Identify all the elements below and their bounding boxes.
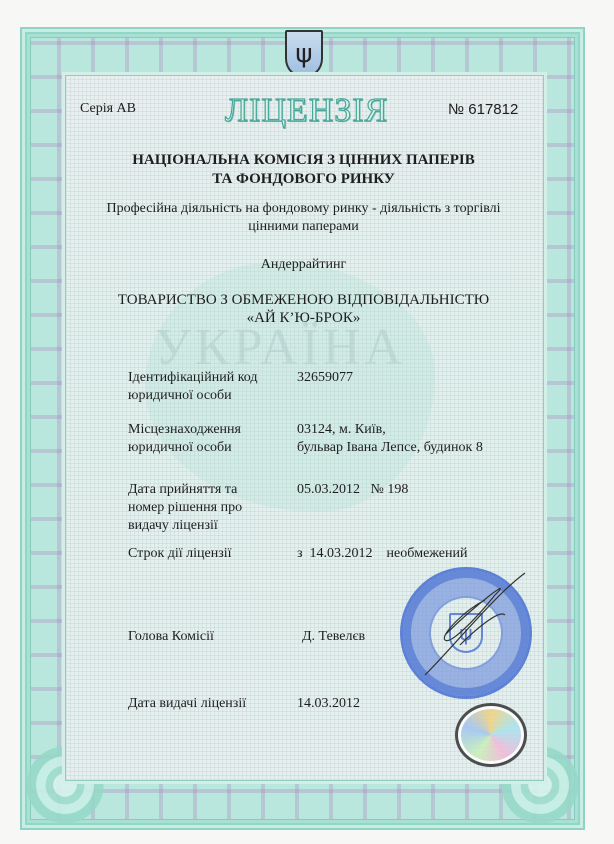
company-name: ТОВАРИСТВО З ОБМЕЖЕНОЮ ВІДПОВІДАЛЬНІСТЮ … (65, 291, 542, 327)
issuer-line-1: НАЦІОНАЛЬНА КОМІСІЯ З ЦІННИХ ПАПЕРІВ (65, 151, 542, 170)
field-value-validity: з 14.03.2012 необмежений (297, 545, 467, 563)
field-value-address-1: 03124, м. Київ, (297, 421, 386, 439)
issuer-name: НАЦІОНАЛЬНА КОМІСІЯ З ЦІННИХ ПАПЕРІВ ТА … (65, 151, 542, 189)
series-label: Серія АВ (80, 101, 136, 117)
field-label-issue-date: Дата видачі ліцензії (128, 695, 308, 713)
license-number: № 617812 (448, 101, 518, 118)
activity-type: Андеррайтинг (65, 257, 542, 273)
field-label-decision: Дата прийняття та номер рішення про вида… (128, 481, 258, 535)
field-value-id-code: 32659077 (297, 369, 353, 387)
field-value-address-2: бульвар Івана Лепсе, будинок 8 (297, 439, 483, 457)
field-label-chairman: Голова Комісії (128, 628, 308, 646)
issuer-line-2: ТА ФОНДОВОГО РИНКУ (65, 170, 542, 189)
field-label-validity: Строк дії ліцензії (128, 545, 308, 563)
field-value-decision: 05.03.2012 № 198 (297, 481, 408, 499)
activity-line-1: Професійна діяльність на фондовому ринку… (65, 200, 542, 218)
activity-line-2: цінними паперами (65, 218, 542, 236)
field-value-chairman: Д. Тевелєв (302, 628, 365, 646)
field-label-address: Місцезнаходження юридичної особи (128, 421, 268, 457)
hologram-seal (455, 703, 527, 767)
field-label-id-code: Ідентифікаційний код юридичної особи (128, 369, 268, 405)
document-title: ЛІЦЕНЗІЯ (225, 92, 388, 130)
signature (405, 565, 535, 695)
activity-description: Професійна діяльність на фондовому ринку… (65, 200, 542, 236)
trident-emblem-icon: ψ (285, 30, 323, 78)
company-line-1: ТОВАРИСТВО З ОБМЕЖЕНОЮ ВІДПОВІДАЛЬНІСТЮ (65, 291, 542, 309)
company-line-2: «АЙ К’Ю-БРОК» (65, 309, 542, 327)
field-value-issue-date: 14.03.2012 (297, 695, 360, 713)
